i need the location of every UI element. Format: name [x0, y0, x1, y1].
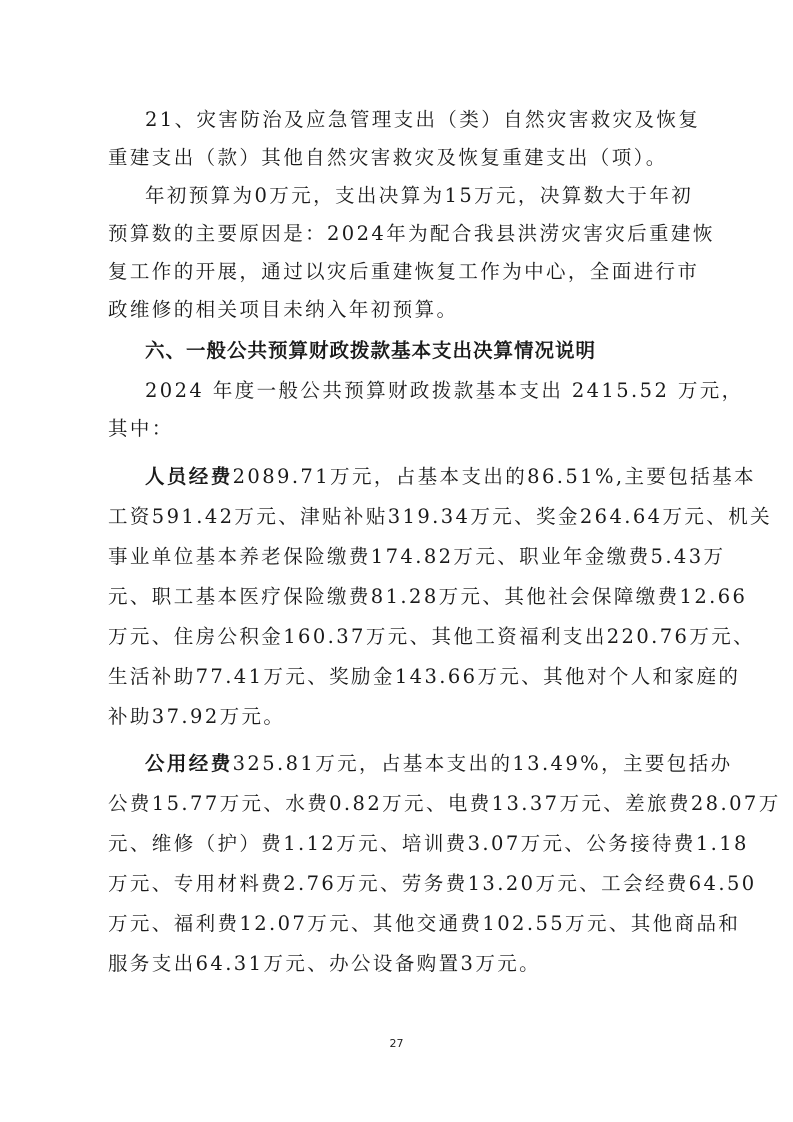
personnel-line-3: 事业单位基本养老保险缴费174.82万元、职业年金缴费5.43万 [108, 538, 725, 576]
public-line-4: 万元、专用材料费2.76万元、劳务费13.20万元、工会经费64.50 [108, 865, 757, 903]
item21-title-line-2: 重建支出（款）其他自然灾害救灾及恢复重建支出（项）。 [108, 139, 668, 177]
section-intro-line-2: 其中： [108, 410, 174, 448]
personnel-line-7: 补助37.92万元。 [108, 698, 285, 736]
personnel-line-2: 工资591.42万元、津贴补贴319.34万元、奖金264.64万元、机关 [108, 498, 772, 536]
public-line-2: 公费15.77万元、水费0.82万元、电费13.37万元、差旅费28.07万 [108, 785, 781, 823]
section-heading: 六、一般公共预算财政拨款基本支出决算情况说明 [145, 332, 596, 370]
public-line-1: 公用经费325.81万元，占基本支出的13.49%，主要包括办 [145, 745, 733, 783]
section-intro-line-1: 2024 年度一般公共预算财政拨款基本支出 2415.52 万元， [145, 372, 744, 410]
public-label: 公用经费 [145, 752, 233, 775]
personnel-line-1-text: 2089.71万元，占基本支出的86.51%,主要包括基本 [233, 465, 756, 488]
personnel-line-4: 元、职工基本医疗保险缴费81.28万元、其他社会保障缴费12.66 [108, 578, 747, 616]
item21-explanation-line-4: 政维修的相关项目未纳入年初预算。 [108, 291, 458, 329]
personnel-line-1: 人员经费2089.71万元，占基本支出的86.51%,主要包括基本 [145, 458, 756, 496]
personnel-line-6: 生活补助77.41万元、奖励金143.66万元、其他对个人和家庭的 [108, 658, 740, 696]
item21-title-line-1: 21、灾害防治及应急管理支出（类）自然灾害救灾及恢复 [145, 101, 700, 139]
personnel-line-5: 万元、住房公积金160.37万元、其他工资福利支出220.76万元、 [108, 618, 755, 656]
item21-explanation-line-2: 预算数的主要原因是：2024年为配合我县洪涝灾害灾后重建恢 [108, 215, 715, 253]
public-line-3: 元、维修（护）费1.12万元、培训费3.07万元、公务接待费1.18 [108, 825, 749, 863]
personnel-label: 人员经费 [145, 465, 233, 488]
public-line-5: 万元、福利费12.07万元、其他交通费102.55万元、其他商品和 [108, 905, 740, 943]
page-number: 27 [0, 1037, 793, 1050]
item21-explanation-line-3: 复工作的开展，通过以灾后重建恢复工作为中心，全面进行市 [108, 253, 699, 291]
item21-explanation-line-1: 年初预算为0万元，支出决算为15万元，决算数大于年初 [145, 177, 693, 215]
public-line-1-text: 325.81万元，占基本支出的13.49%，主要包括办 [233, 752, 733, 775]
public-line-6: 服务支出64.31万元、办公设备购置3万元。 [108, 945, 541, 983]
